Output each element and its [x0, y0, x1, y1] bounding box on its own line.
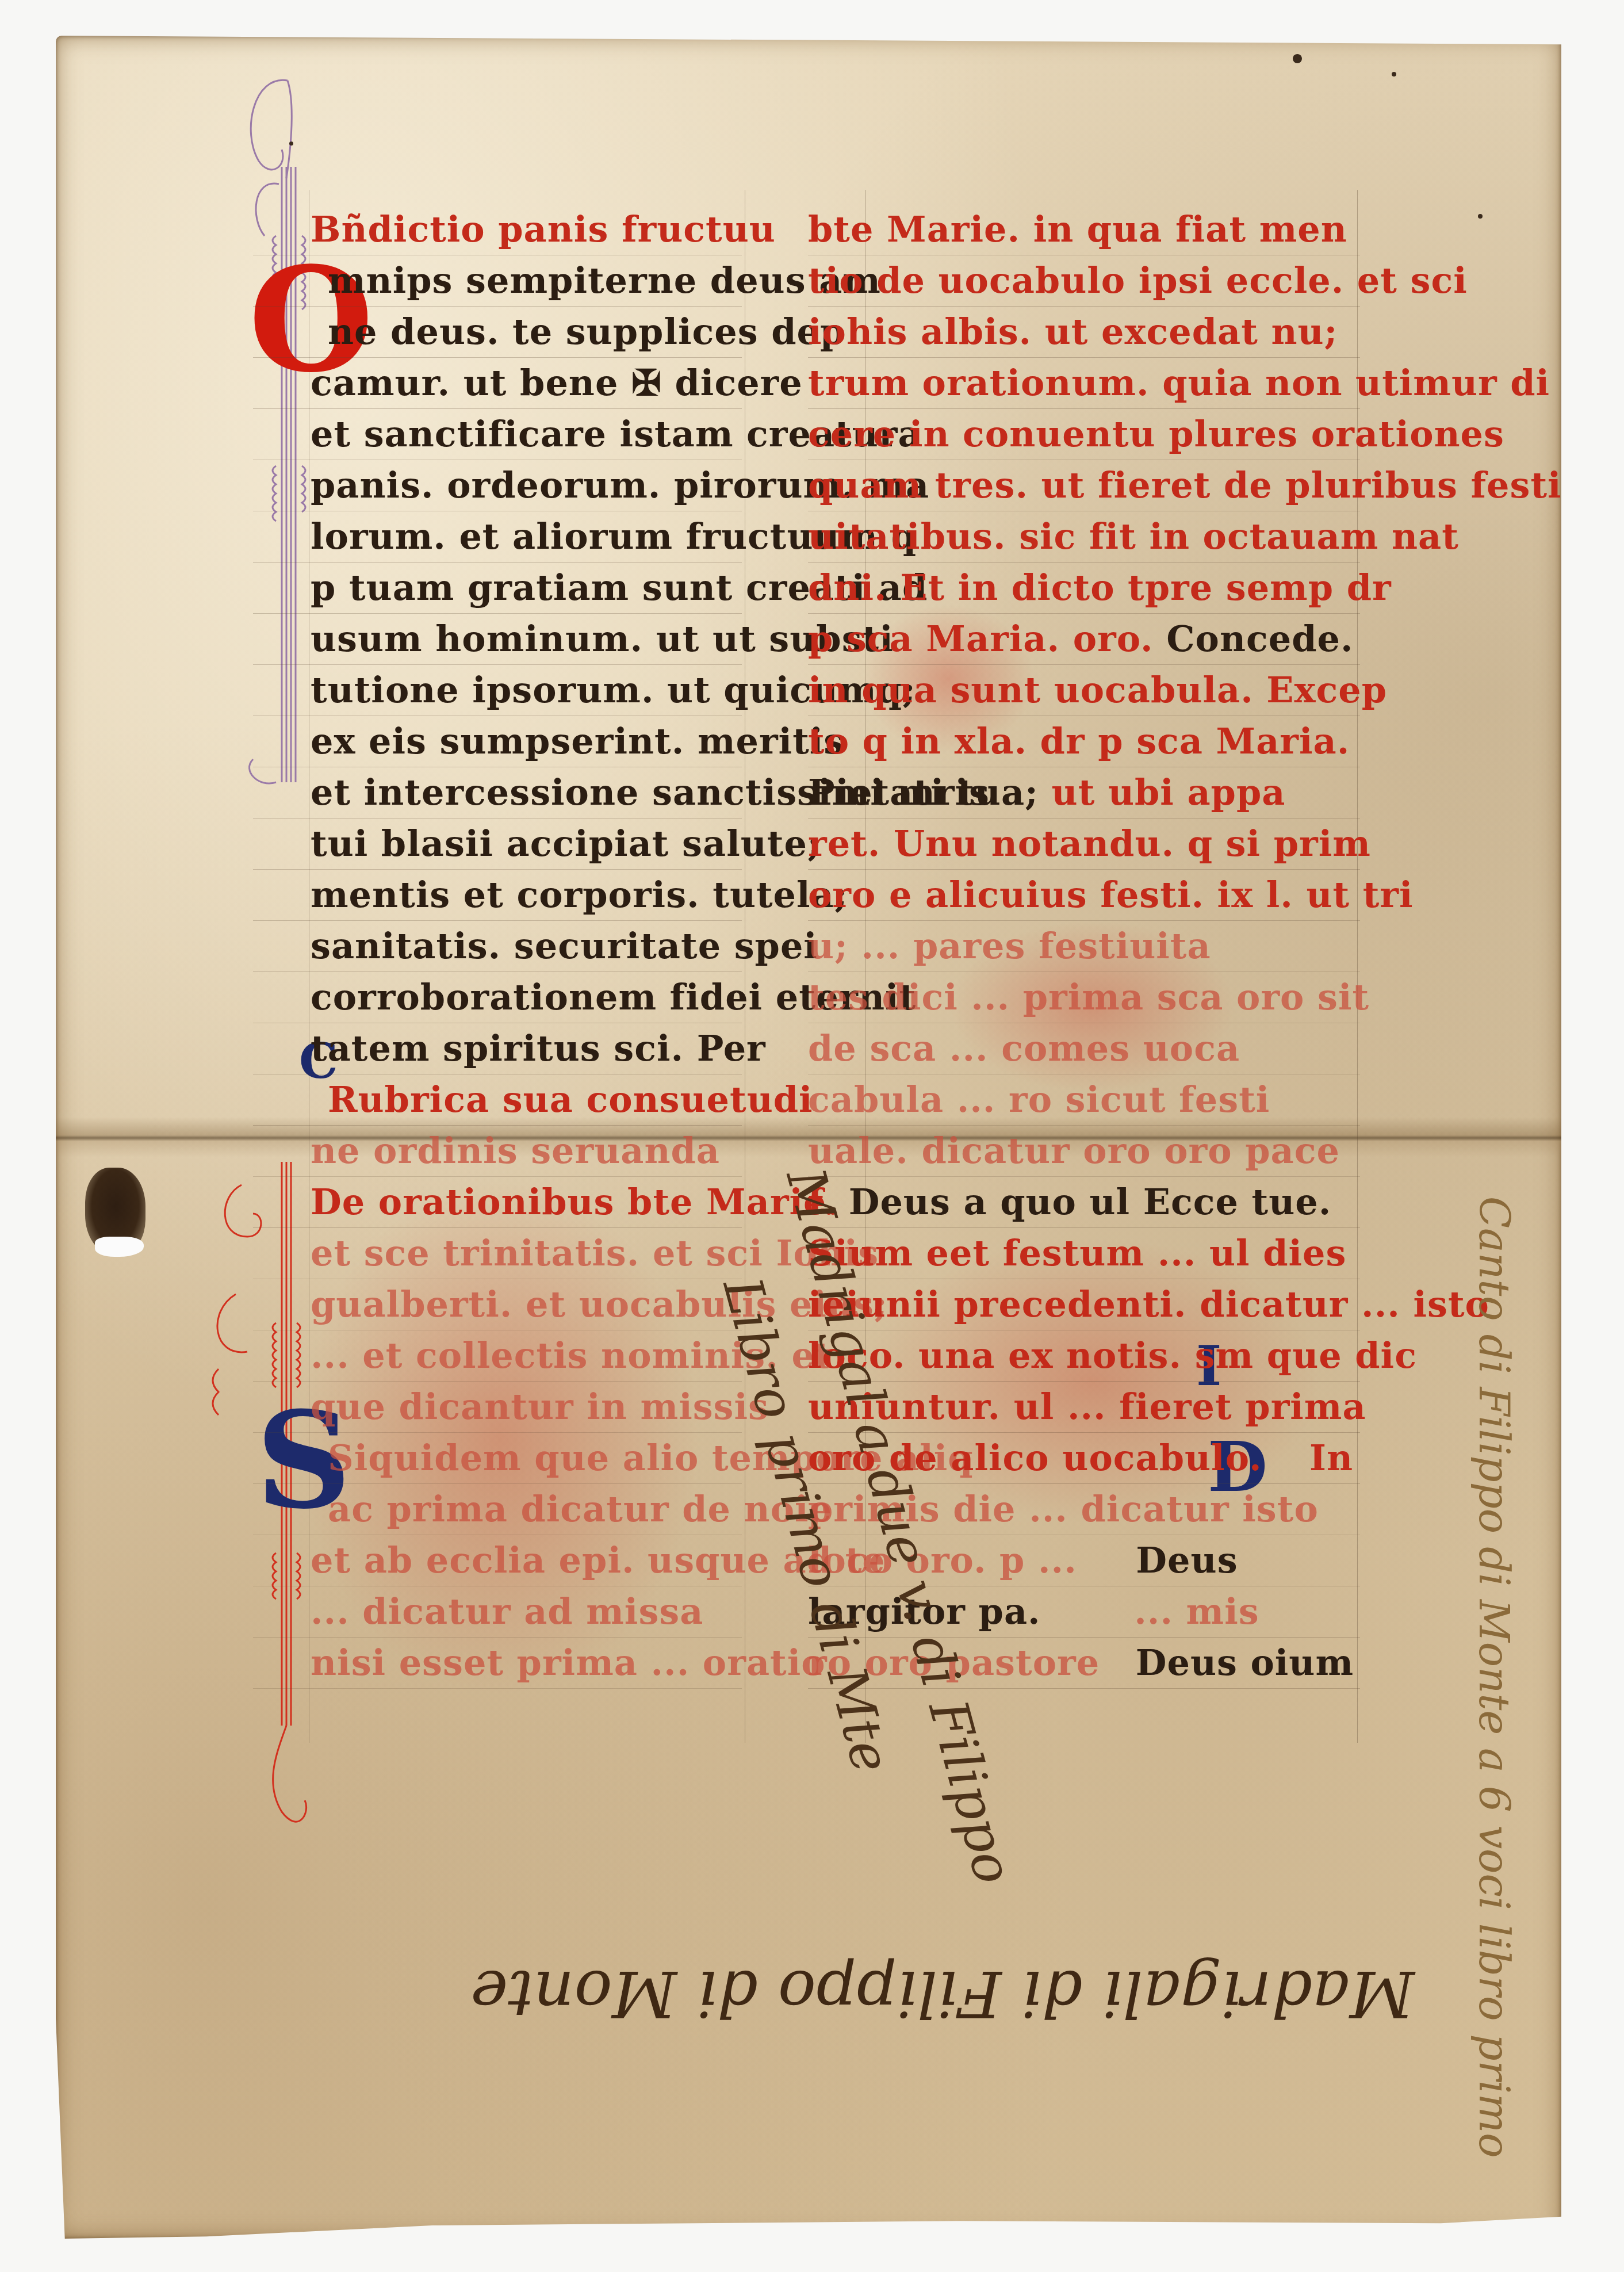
text-line: trum orationum. quia non utimur di — [808, 358, 1360, 409]
text-line: u; ... pares festiuita — [808, 921, 1360, 972]
text-line: Pietati tua; ut ubi appa — [808, 767, 1360, 818]
text-line: oro e alicuius festi. ix l. ut tri — [808, 870, 1360, 921]
text-line: ne ordinis seruanda — [253, 1126, 742, 1177]
text-line: ret. Unu notandu. q si prim — [808, 818, 1360, 870]
text-line: mnips sempiterne deus am — [253, 255, 742, 307]
text-line: Bñdictio panis fructuu — [253, 204, 742, 255]
text-line: panis. ordeorum. pirorum. ma — [253, 460, 742, 511]
text-line: ne deus. te supplices dep — [253, 307, 742, 358]
annotation-right-margin: Canto di Filippo di Monte a 6 voci libro… — [1470, 1196, 1518, 2158]
text-line: que dicantur in missis — [253, 1382, 742, 1433]
text-line: tutione ipsorum. ut quicumq; — [253, 665, 742, 716]
text-line: tes dici ... prima sca oro sit — [808, 972, 1360, 1023]
text-line: uitatibus. sic fit in octauam nat — [808, 511, 1360, 563]
text-line: ro oro pastore Deus oium — [808, 1638, 1360, 1689]
text-segment: p sca Maria. oro. — [808, 618, 1154, 660]
text-line: et intercessione sanctissimi mris — [253, 767, 742, 818]
text-line: f. Deus a quo ul Ecce tue. — [808, 1177, 1360, 1228]
text-line: usum hominum. ut ut substi — [253, 614, 742, 665]
text-line: cabula ... ro sicut festi — [808, 1074, 1360, 1126]
text-column-left: Bñdictio panis fructuu mnips sempiterne … — [253, 204, 742, 1689]
text-line: cere in conuentu plures orationes — [808, 409, 1360, 460]
speck — [289, 141, 293, 146]
text-segment: Concede. — [1166, 618, 1353, 660]
speck — [1392, 72, 1396, 77]
text-line: nisi esset prima ... oratio — [253, 1638, 742, 1689]
text-line: Siquidem que alio tempore aliq — [253, 1433, 742, 1484]
text-line: et sce trinitatis. et sci Iohis — [253, 1228, 742, 1279]
text-segment: Pietati tua; — [808, 771, 1039, 813]
text-segment: Deus oium — [1136, 1642, 1354, 1684]
text-line: tio de uocabulo ipsi eccle. et sci — [808, 255, 1360, 307]
text-line: Sium eet festum ... ul dies — [808, 1228, 1360, 1279]
text-segment: Deus — [1136, 1539, 1238, 1581]
text-line: bte Marie. in qua fiat men — [808, 204, 1360, 255]
text-line: in qua sunt uocabula. Excep — [808, 665, 1360, 716]
text-line: et sanctificare istam creatura — [253, 409, 742, 460]
text-line: uale. dicatur oro oro pace — [808, 1126, 1360, 1177]
text-line: ... et collectis nominis. et — [253, 1330, 742, 1382]
text-line: p sca Maria. oro. Concede. — [808, 614, 1360, 665]
text-line: corroborationem fidei eternit — [253, 972, 742, 1023]
text-line: ac prima dicatur de noie — [253, 1484, 742, 1535]
text-line: quam tres. ut fieret de pluribus festi — [808, 460, 1360, 511]
text-line: mentis et corporis. tutela; — [253, 870, 742, 921]
speck — [1478, 214, 1483, 219]
text-segment: ut ubi appa — [1052, 771, 1286, 813]
text-line: de sca ... comes uoca — [808, 1023, 1360, 1074]
text-segment: ... mis — [1134, 1590, 1259, 1632]
text-line: iohis albis. ut excedat nu; — [808, 307, 1360, 358]
text-line: p tuam gratiam sunt creati ad — [253, 563, 742, 614]
rubric-line: De orationibus bte Marie. — [253, 1177, 742, 1228]
speck — [1293, 54, 1302, 63]
text-line: ex eis sumpserint. meritis — [253, 716, 742, 767]
text-line: ieiunii precedenti. dicatur ... isto — [808, 1279, 1360, 1330]
text-line: et ab ecclia epi. usque ad te — [253, 1535, 742, 1586]
text-line: lorum. et aliorum fructuum q — [253, 511, 742, 563]
text-segment: In — [1309, 1437, 1353, 1479]
text-line: tatem spiritus sci. Per — [253, 1023, 742, 1074]
rubric-line: Rubrica sua consuetudi — [253, 1074, 742, 1126]
text-line: dni. Et in dicto tpre semp dr — [808, 563, 1360, 614]
text-line: tui blasii accipiat salute; — [253, 818, 742, 870]
text-line: to q in xla. dr p sca Maria. — [808, 716, 1360, 767]
hole-gap — [95, 1237, 144, 1257]
annotation-bottom-inverted: Madrigali di Filippo di Monte — [470, 1957, 1415, 2030]
text-line: ... dicatur ad missa — [253, 1586, 742, 1638]
text-segment: Deus a quo ul Ecce tue. — [849, 1181, 1332, 1223]
text-line: camur. ut bene ✠ dicere — [253, 358, 742, 409]
text-line: sanitatis. securitate spei — [253, 921, 742, 972]
text-line: gualberti. et uocabulis eius; — [253, 1279, 742, 1330]
